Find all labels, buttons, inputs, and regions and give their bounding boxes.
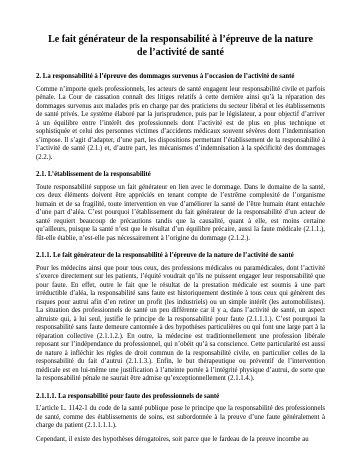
section-2-1: 2.1. L’établissement de la responsabilit… — [36, 170, 325, 243]
document-title: Le fait générateur de la responsabilité … — [36, 33, 325, 59]
section-2-1-1-1: 2.1.1.1. La responsabilité pour faute de… — [36, 392, 325, 445]
section-2-paragraph: Comme n’importe quels professionnels, le… — [36, 86, 325, 163]
section-2-1-paragraph: Toute responsabilité suppose un fait gén… — [36, 184, 325, 244]
section-2: 2. La responsabilité à l’épreuve des dom… — [36, 72, 325, 162]
section-2-1-1-1-paragraph-2: Cependant, il existe des hypothèses déro… — [36, 436, 325, 445]
section-2-1-1-1-heading: 2.1.1.1. La responsabilité pour faute de… — [36, 392, 325, 401]
section-2-1-1-paragraph: Pour les médecins ainsi que pour tous ce… — [36, 265, 325, 384]
section-2-1-1-1-paragraph-1: L’article L. 1142-1 du code de la santé … — [36, 405, 325, 431]
section-2-1-heading: 2.1. L’établissement de la responsabilit… — [36, 170, 325, 179]
section-2-1-1-heading: 2.1.1. Le fait générateur de la responsa… — [36, 251, 325, 260]
section-2-heading: 2. La responsabilité à l’épreuve des dom… — [36, 72, 325, 81]
section-2-1-1: 2.1.1. Le fait générateur de la responsa… — [36, 251, 325, 384]
document-page: Le fait générateur de la responsabilité … — [0, 0, 360, 466]
